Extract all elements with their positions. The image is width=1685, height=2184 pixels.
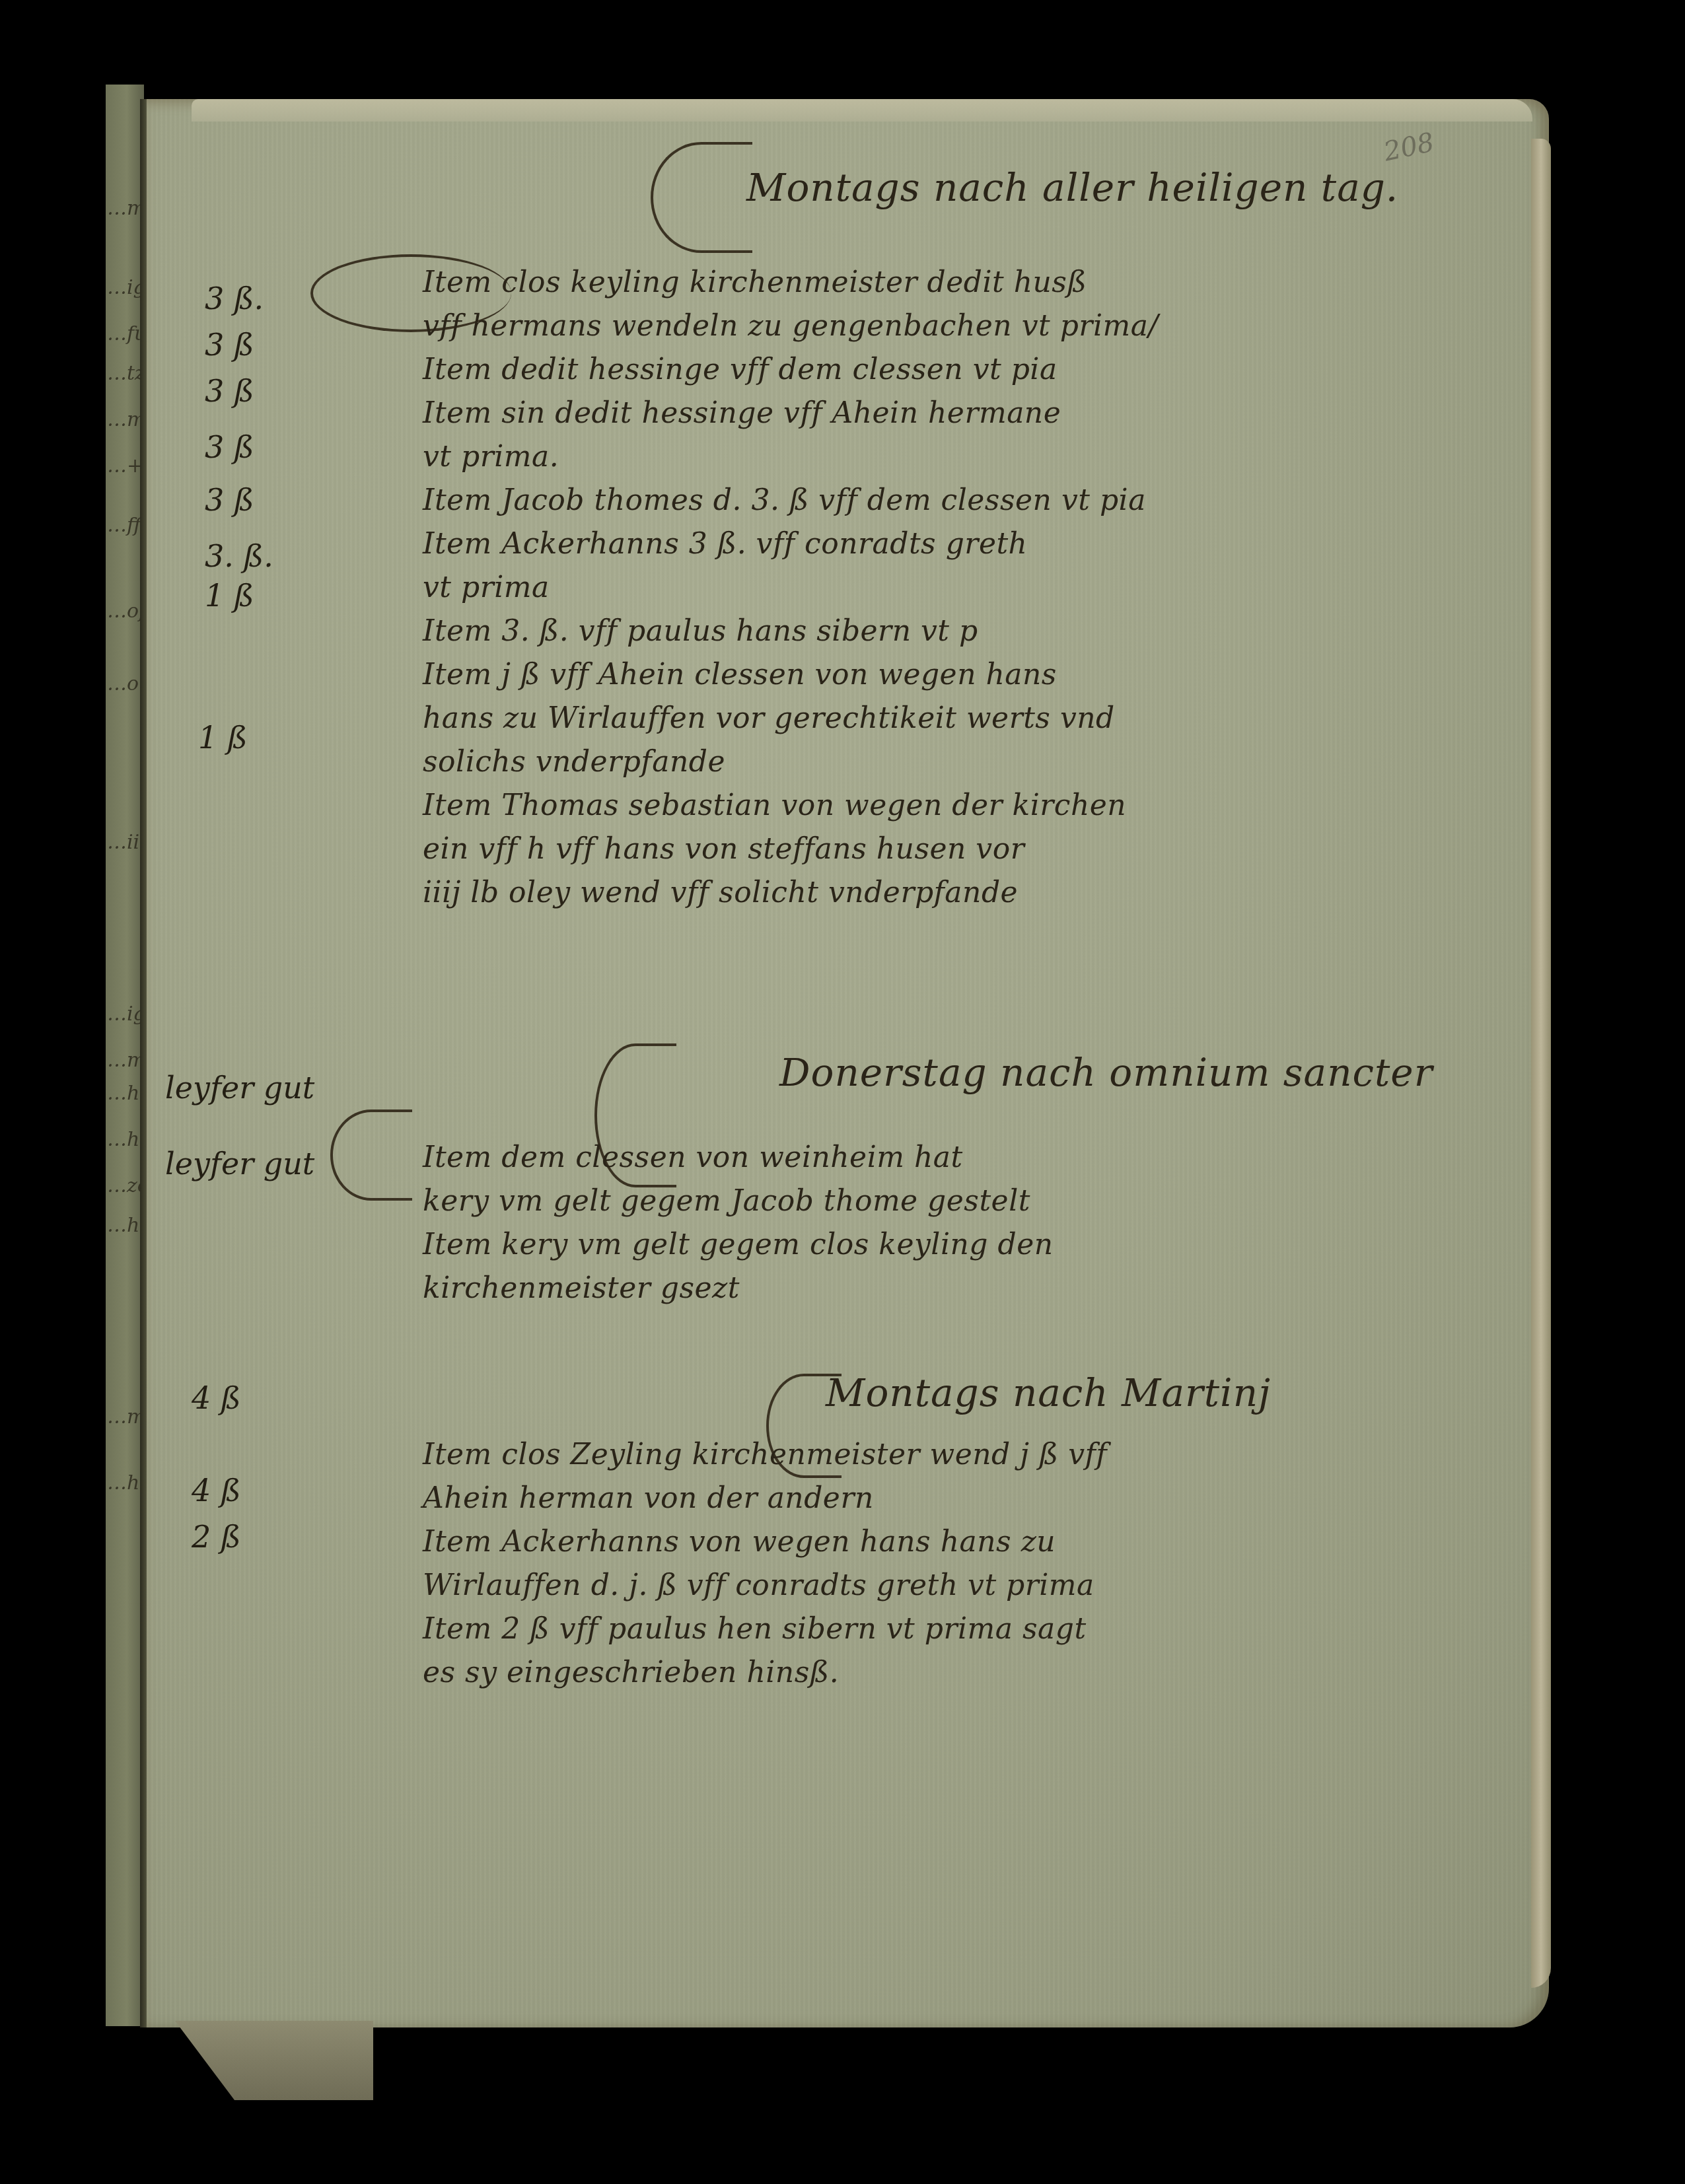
entries-section-3: Item clos Zeyling kirchenmeister wend j … [423,1433,1532,1695]
page-edge-top [192,99,1532,122]
entry-line: Item sin dedit hessinge vff Ahein herman… [423,392,1532,435]
entry: Item Jacob thomes d. 3. ß vff dem clesse… [423,479,1532,522]
entry-line: vt prima [423,566,1532,610]
facing-fragment: …zen [107,1174,144,1197]
entry: Item sin dedit hessinge vff Ahein herman… [423,392,1532,479]
section-heading: Montags nach Martinj [826,1370,1271,1415]
entry-line: ein vff h vff hans von steffans husen vo… [423,828,1532,871]
entry-line: kirchenmeister gsezt [423,1267,1532,1310]
facing-fragment: …or [107,672,144,695]
entry: Item Ackerhanns 3 ß. vff conradts greth … [423,522,1532,610]
facing-fragment: …tz/ [107,362,144,385]
entry: Item kery vm gelt gegem clos keyling den… [423,1223,1532,1310]
facing-fragment: …fum [107,322,144,345]
entry-line: Item clos Zeyling kirchenmeister wend j … [423,1433,1532,1477]
entry: Item dem clessen von weinheim hat kery v… [423,1136,1532,1223]
facing-fragment: …off [107,600,144,623]
entry-line: Item Ackerhanns von wegen hans hans zu [423,1520,1532,1564]
margin-note: leyfer gut [165,1146,314,1181]
facing-fragment: …hrt [107,1128,144,1151]
margin-amount: 3. ß. [205,538,273,574]
margin-amount: 3 ß [205,482,254,518]
entry-line: Item 2 ß vff paulus hen sibern vt prima … [423,1607,1532,1651]
entry: Item 2 ß vff paulus hen sibern vt prima … [423,1607,1532,1695]
margin-amount: 4 ß [192,1380,241,1416]
entry-line: hans zu Wirlauffen vor gerechtikeit wert… [423,697,1532,740]
entry: Item dedit hessinge vff dem clessen vt p… [423,348,1532,392]
entry: Item j ß vff Ahein clessen von wegen han… [423,653,1532,784]
entry-line: iiij lb oley wend vff solicht vnderpfand… [423,871,1532,915]
entry: Item clos keyling kirchenmeister dedit h… [423,261,1532,348]
facing-fragment: …mt [107,1405,144,1428]
margin-amount: 2 ß [192,1519,241,1555]
entry: Item 3. ß. vff paulus hans sibern vt p [423,610,1532,653]
margin-note: leyfer gut [165,1070,314,1106]
section-heading-text: Montags nach Martinj [826,1370,1271,1415]
entry-line: Item 3. ß. vff paulus hans sibern vt p [423,610,1532,653]
entry-line: Ahein herman von der andern [423,1477,1532,1520]
facing-fragment: …hat [107,1082,144,1105]
entries-section-2: Item dem clessen von weinheim hat kery v… [423,1136,1532,1310]
section-heading: Montags nach aller heiligen tag. [746,165,1398,210]
facing-fragment: …mn [107,408,144,431]
entry-line: Wirlauffen d. j. ß vff conradts greth vt… [423,1564,1532,1607]
entry-line: Item dedit hessinge vff dem clessen vt p… [423,348,1532,392]
entry-line: kery vm gelt gegem Jacob thome gestelt [423,1180,1532,1223]
entry: Item Thomas sebastian von wegen der kirc… [423,784,1532,915]
heading-flourish-icon [651,142,752,253]
margin-amount: 4 ß [192,1473,241,1508]
margin-amount: 3 ß [205,429,254,465]
entry-line: vff hermans wendeln zu gengenbachen vt p… [423,304,1532,348]
entry-line: Item j ß vff Ahein clessen von wegen han… [423,653,1532,697]
entry-line: Item clos keyling kirchenmeister dedit h… [423,261,1532,304]
margin-amount: 3 ß. [205,281,264,316]
entry-line: Item Ackerhanns 3 ß. vff conradts greth [423,522,1532,566]
facing-fragment: …ffln [107,514,144,537]
entry-flourish-icon [330,1110,412,1201]
entry-line: vt prima. [423,435,1532,479]
section-heading: Donerstag nach omnium sancter [779,1050,1433,1095]
facing-fragment: …ig/ [107,276,144,299]
margin-amount: 1 ß [205,578,254,614]
facing-fragment: …h v [107,1214,144,1237]
margin-amount: 3 ß [205,327,254,363]
section-heading-text: Montags nach aller heiligen tag. [746,165,1398,210]
facing-fragment: …ht [107,1471,144,1495]
margin-amount: 3 ß [205,373,254,409]
margin-amount: 1 ß [198,720,248,756]
entry: Item Ackerhanns von wegen hans hans zu W… [423,1520,1532,1607]
entry-line: solichs vnderpfande [423,740,1532,784]
facing-page: …ma …ig/ …fum …tz/ …mn …+e/ …ffln …off …… [106,85,144,2026]
entry-line: Item Thomas sebastian von wegen der kirc… [423,784,1532,828]
facing-fragment: …mt [107,1049,144,1072]
entry: Item clos Zeyling kirchenmeister wend j … [423,1433,1532,1520]
entry-line: Item kery vm gelt gegem clos keyling den [423,1223,1532,1267]
entries-section-1: Item clos keyling kirchenmeister dedit h… [423,261,1532,915]
facing-fragment: …iiij/ [107,831,144,854]
facing-fragment: …+e/ [107,454,144,477]
page-edge-right [1531,139,1551,1988]
entry-line: es sy eingeschrieben hinsß. [423,1651,1532,1695]
entry-line: Item Jacob thomes d. 3. ß vff dem clesse… [423,479,1532,522]
facing-fragment: …ma [107,197,144,220]
facing-fragment: …igh [107,1003,144,1026]
section-heading-text: Donerstag nach omnium sancter [779,1050,1433,1095]
entry-line: Item dem clessen von weinheim hat [423,1136,1532,1180]
